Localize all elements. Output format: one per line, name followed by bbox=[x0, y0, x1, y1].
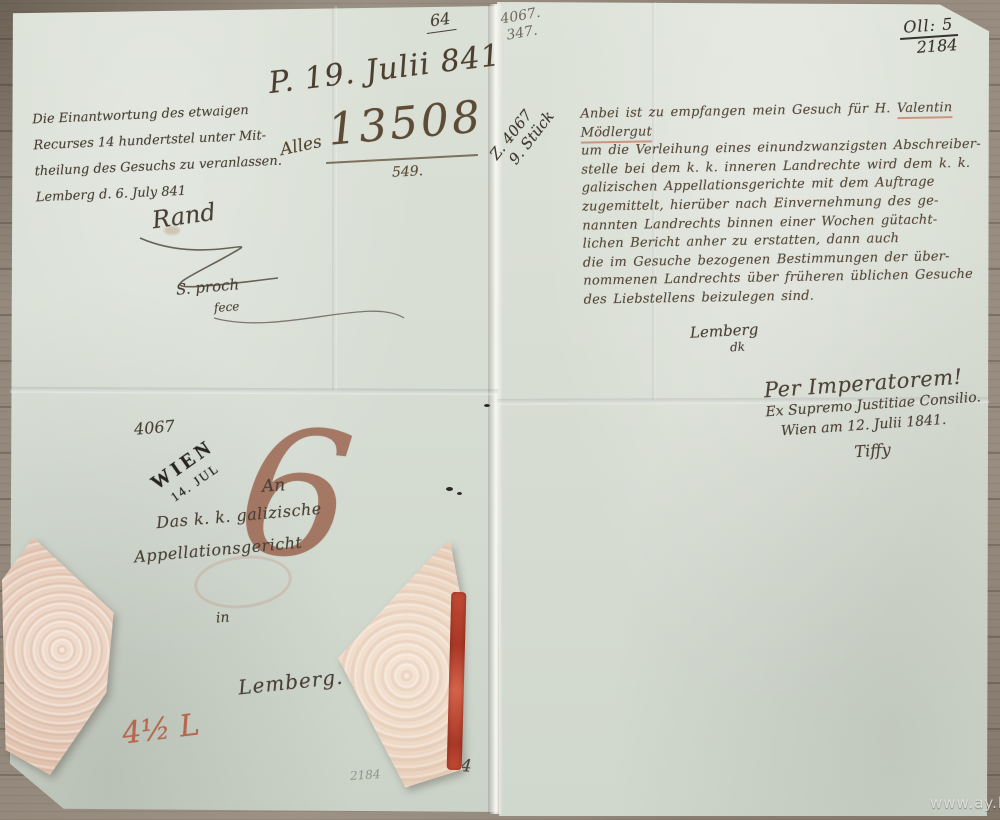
registry-note: Die Einantwortung des etwaigen Recurses … bbox=[32, 97, 284, 212]
corner-number-value: 64 bbox=[424, 8, 457, 34]
page-fold-edge bbox=[488, 4, 503, 814]
address-docket-number: 4067 bbox=[133, 416, 175, 438]
site-watermark: www.ay.by bbox=[930, 794, 1000, 812]
address-salutation: An bbox=[261, 475, 286, 497]
body-line-text: Anbei ist zu empfangen mein Gesuch für H… bbox=[580, 101, 897, 122]
embossed-paper-seal-left bbox=[2, 530, 122, 780]
clerk-flourish-icon bbox=[210, 292, 410, 337]
ink-speck bbox=[457, 492, 462, 495]
place-note: Lemberg bbox=[690, 320, 759, 342]
letter-body: Anbei ist zu empfangen mein Gesuch für H… bbox=[580, 98, 998, 310]
closing-block: Per Imperatorem! Ex Supremo Justitiae Co… bbox=[763, 362, 1000, 468]
pencil-docket: 4067. 347. bbox=[499, 5, 544, 45]
letter-photograph: Die Einantwortung des etwaigen Recurses … bbox=[0, 0, 1000, 820]
corner-reference-top: Oll: 5 bbox=[899, 14, 958, 37]
ink-speck bbox=[446, 487, 453, 491]
seal-paper bbox=[2, 530, 122, 780]
address-preposition: in bbox=[215, 610, 230, 627]
corner-number: 64 bbox=[424, 8, 457, 31]
corner-reference-bottom: 2184 bbox=[916, 35, 959, 57]
corner-reference: Oll: 5 2184 bbox=[899, 14, 960, 58]
ink-speck bbox=[484, 404, 490, 407]
place-note-initials: dk bbox=[730, 340, 746, 355]
docket-sub-number: 549. bbox=[392, 163, 424, 181]
